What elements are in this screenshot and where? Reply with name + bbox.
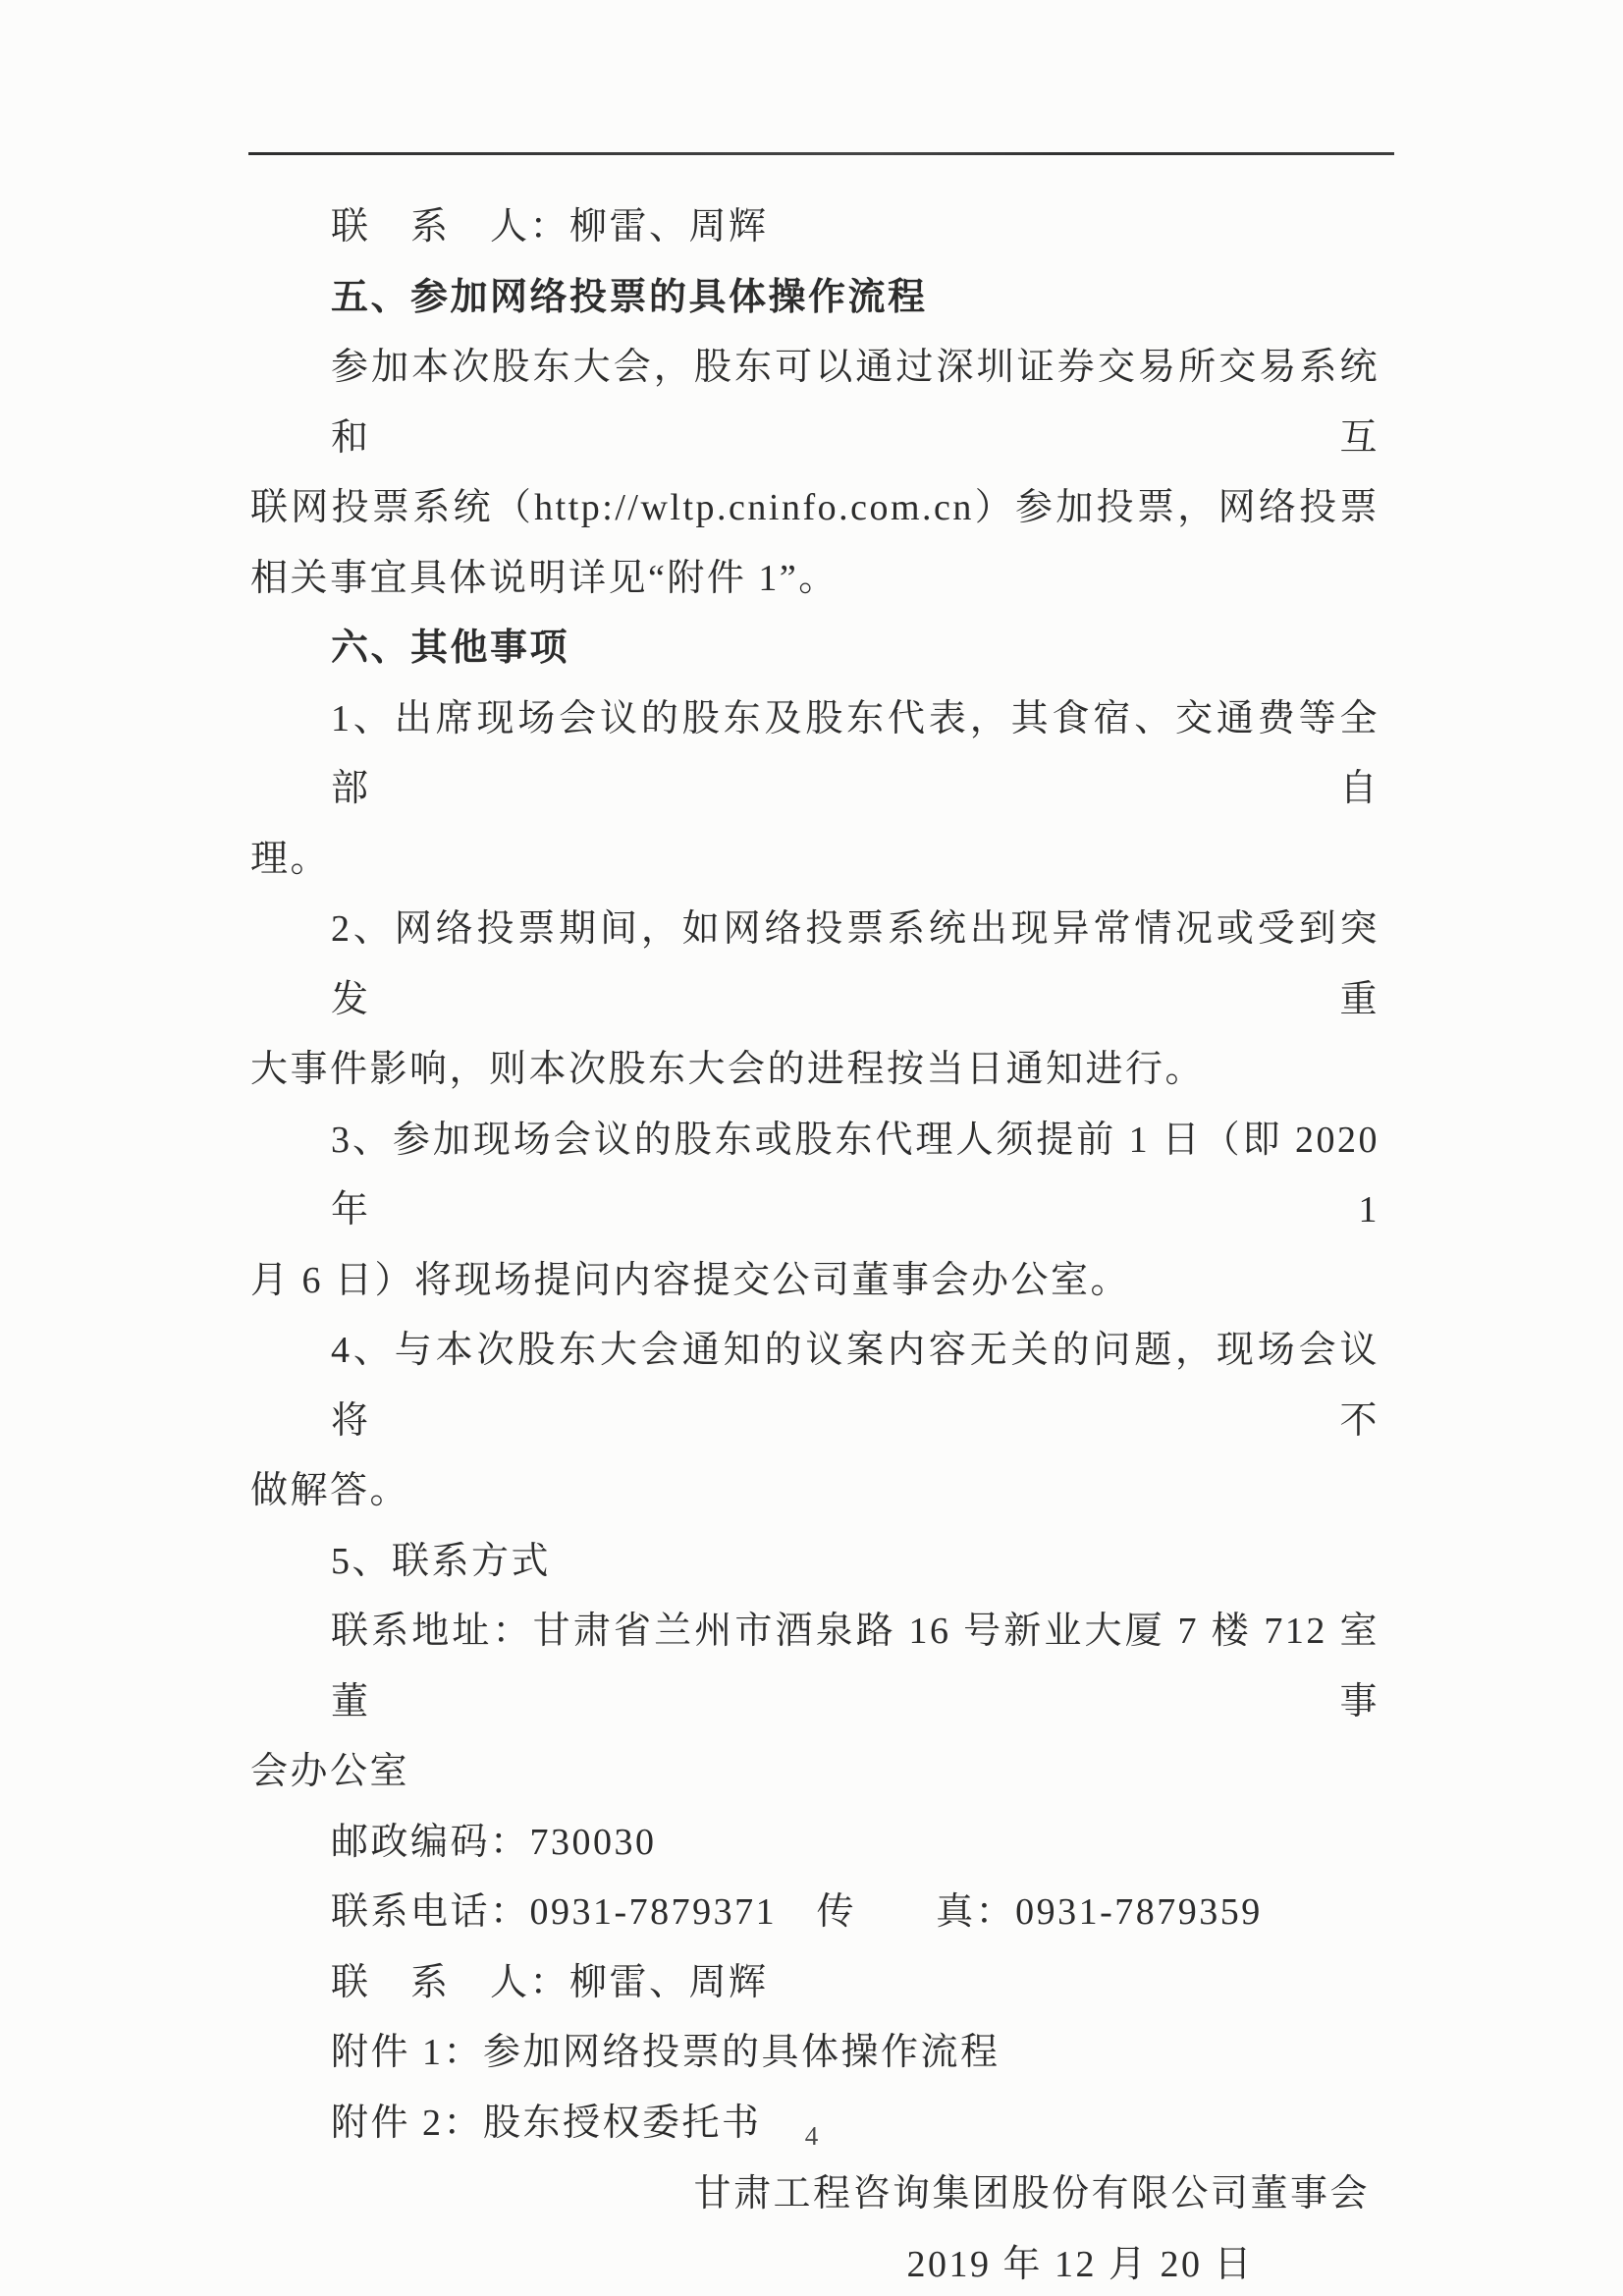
text-line: 会办公室 <box>250 1737 1380 1808</box>
document-content: 联 系 人：柳雷、周辉五、参加网络投票的具体操作流程参加本次股东大会，股东可以通… <box>250 192 1380 2296</box>
text-line: 联系地址：甘肃省兰州市酒泉路 16 号新业大厦 7 楼 712 室董事 <box>250 1597 1380 1737</box>
text-line: 5、联系方式 <box>250 1527 1380 1598</box>
text-line: 参加本次股东大会，股东可以通过深圳证券交易所交易系统和互 <box>250 333 1380 473</box>
page-number: 4 <box>0 2121 1623 2152</box>
text-line: 月 6 日）将现场提问内容提交公司董事会办公室。 <box>250 1246 1380 1317</box>
text-line: 附件 1：参加网络投票的具体操作流程 <box>250 2018 1380 2089</box>
text-line: 相关事宜具体说明详见“附件 1”。 <box>250 544 1380 615</box>
text-line: 大事件影响，则本次股东大会的进程按当日通知进行。 <box>250 1035 1380 1106</box>
text-line: 理。 <box>250 825 1380 896</box>
text-line: 2、网络投票期间，如网络投票系统出现异常情况或受到突发重 <box>250 895 1380 1035</box>
text-line: 4、与本次股东大会通知的议案内容无关的问题，现场会议将不 <box>250 1316 1380 1456</box>
text-line: 联系电话：0931-7879371 传 真：0931-7879359 <box>250 1878 1380 1948</box>
text-line: 联 系 人：柳雷、周辉 <box>250 192 1380 263</box>
text-line: 做解答。 <box>250 1456 1380 1527</box>
header-divider <box>248 152 1394 155</box>
signature-line: 甘肃工程咨询集团股份有限公司董事会 <box>250 2159 1380 2230</box>
text-line: 联网投票系统（http://wltp.cninfo.com.cn）参加投票，网络… <box>250 473 1380 544</box>
text-line: 1、出席现场会议的股东及股东代表，其食宿、交通费等全部自 <box>250 684 1380 825</box>
text-line: 联 系 人：柳雷、周辉 <box>250 1948 1380 2019</box>
date-line: 2019 年 12 月 20 日 <box>250 2230 1380 2296</box>
text-line: 六、其他事项 <box>250 614 1380 684</box>
text-line: 邮政编码：730030 <box>250 1808 1380 1879</box>
document-page: 联 系 人：柳雷、周辉五、参加网络投票的具体操作流程参加本次股东大会，股东可以通… <box>0 0 1623 2296</box>
text-line: 五、参加网络投票的具体操作流程 <box>250 263 1380 334</box>
text-line: 3、参加现场会议的股东或股东代理人须提前 1 日（即 2020 年 1 <box>250 1106 1380 1246</box>
